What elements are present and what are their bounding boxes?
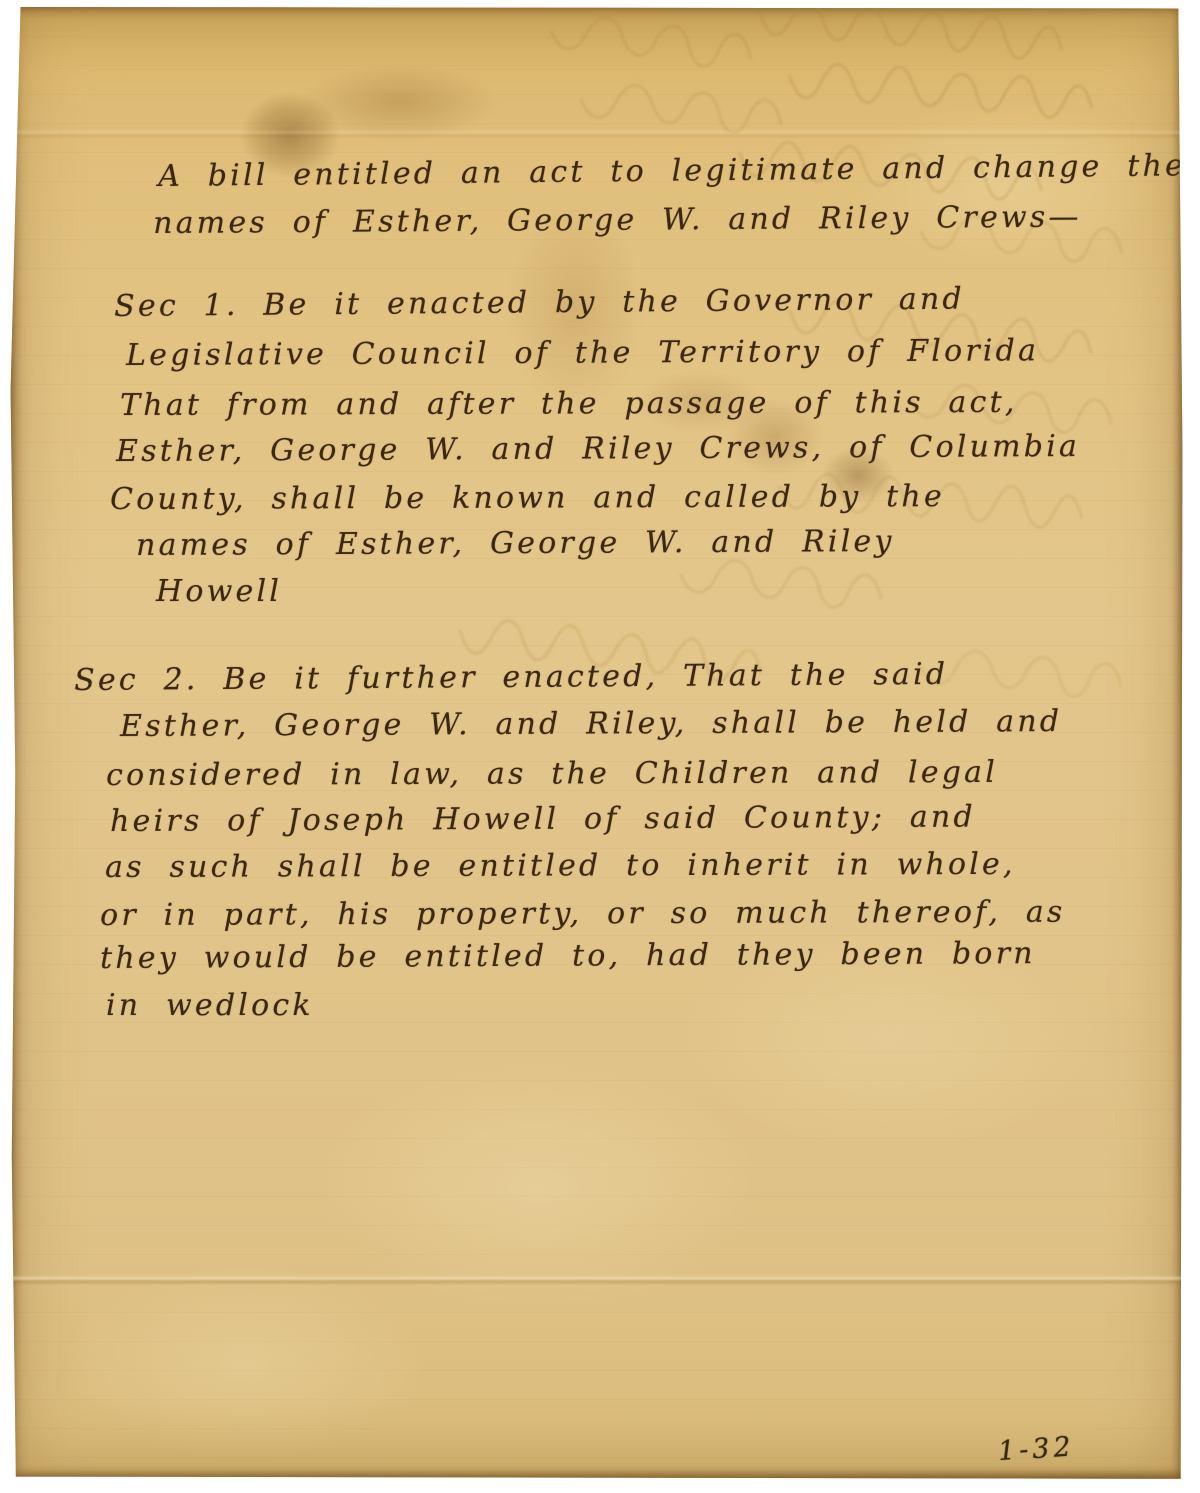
section1-line: names of Esther, George W. and Riley	[136, 524, 895, 563]
section2-line: in wedlock	[106, 988, 314, 1023]
section2-line: or in part, his property, or so much the…	[100, 895, 1066, 933]
manuscript-paper: A bill entitled an act to legitimate and…	[10, 7, 1183, 1481]
fold-crease	[10, 129, 1183, 139]
section1-line: Howell	[156, 574, 282, 609]
section2-line: as such shall be entitled to inherit in …	[105, 847, 1016, 885]
section2-line: they would be entitled to, had they been…	[100, 936, 1036, 976]
section1-line: County, shall be known and called by the	[110, 479, 945, 517]
archival-number: 1-32	[997, 1431, 1076, 1467]
fold-crease	[10, 1275, 1183, 1285]
section1-line: Esther, George W. and Riley Crews, of Co…	[116, 429, 1080, 469]
section1-line: Sec 1. Be it enacted by the Governor and	[114, 282, 965, 324]
scanned-document: { "document": { "kind": "handwritten man…	[0, 0, 1200, 1493]
section1-line: That from and after the passage of this …	[120, 385, 1018, 423]
bill-title-line: names of Esther, George W. and Riley Cre…	[153, 200, 1082, 241]
section2-line: Esther, George W. and Riley, shall be he…	[120, 704, 1062, 744]
section1-line: Legislative Council of the Territory of …	[126, 333, 1039, 373]
section2-line: considered in law, as the Children and l…	[106, 755, 998, 793]
section2-line: Sec 2. Be it further enacted, That the s…	[74, 657, 948, 698]
bill-title-line: A bill entitled an act to legitimate and…	[158, 148, 1186, 194]
section2-line: heirs of Joseph Howell of said County; a…	[110, 799, 976, 839]
